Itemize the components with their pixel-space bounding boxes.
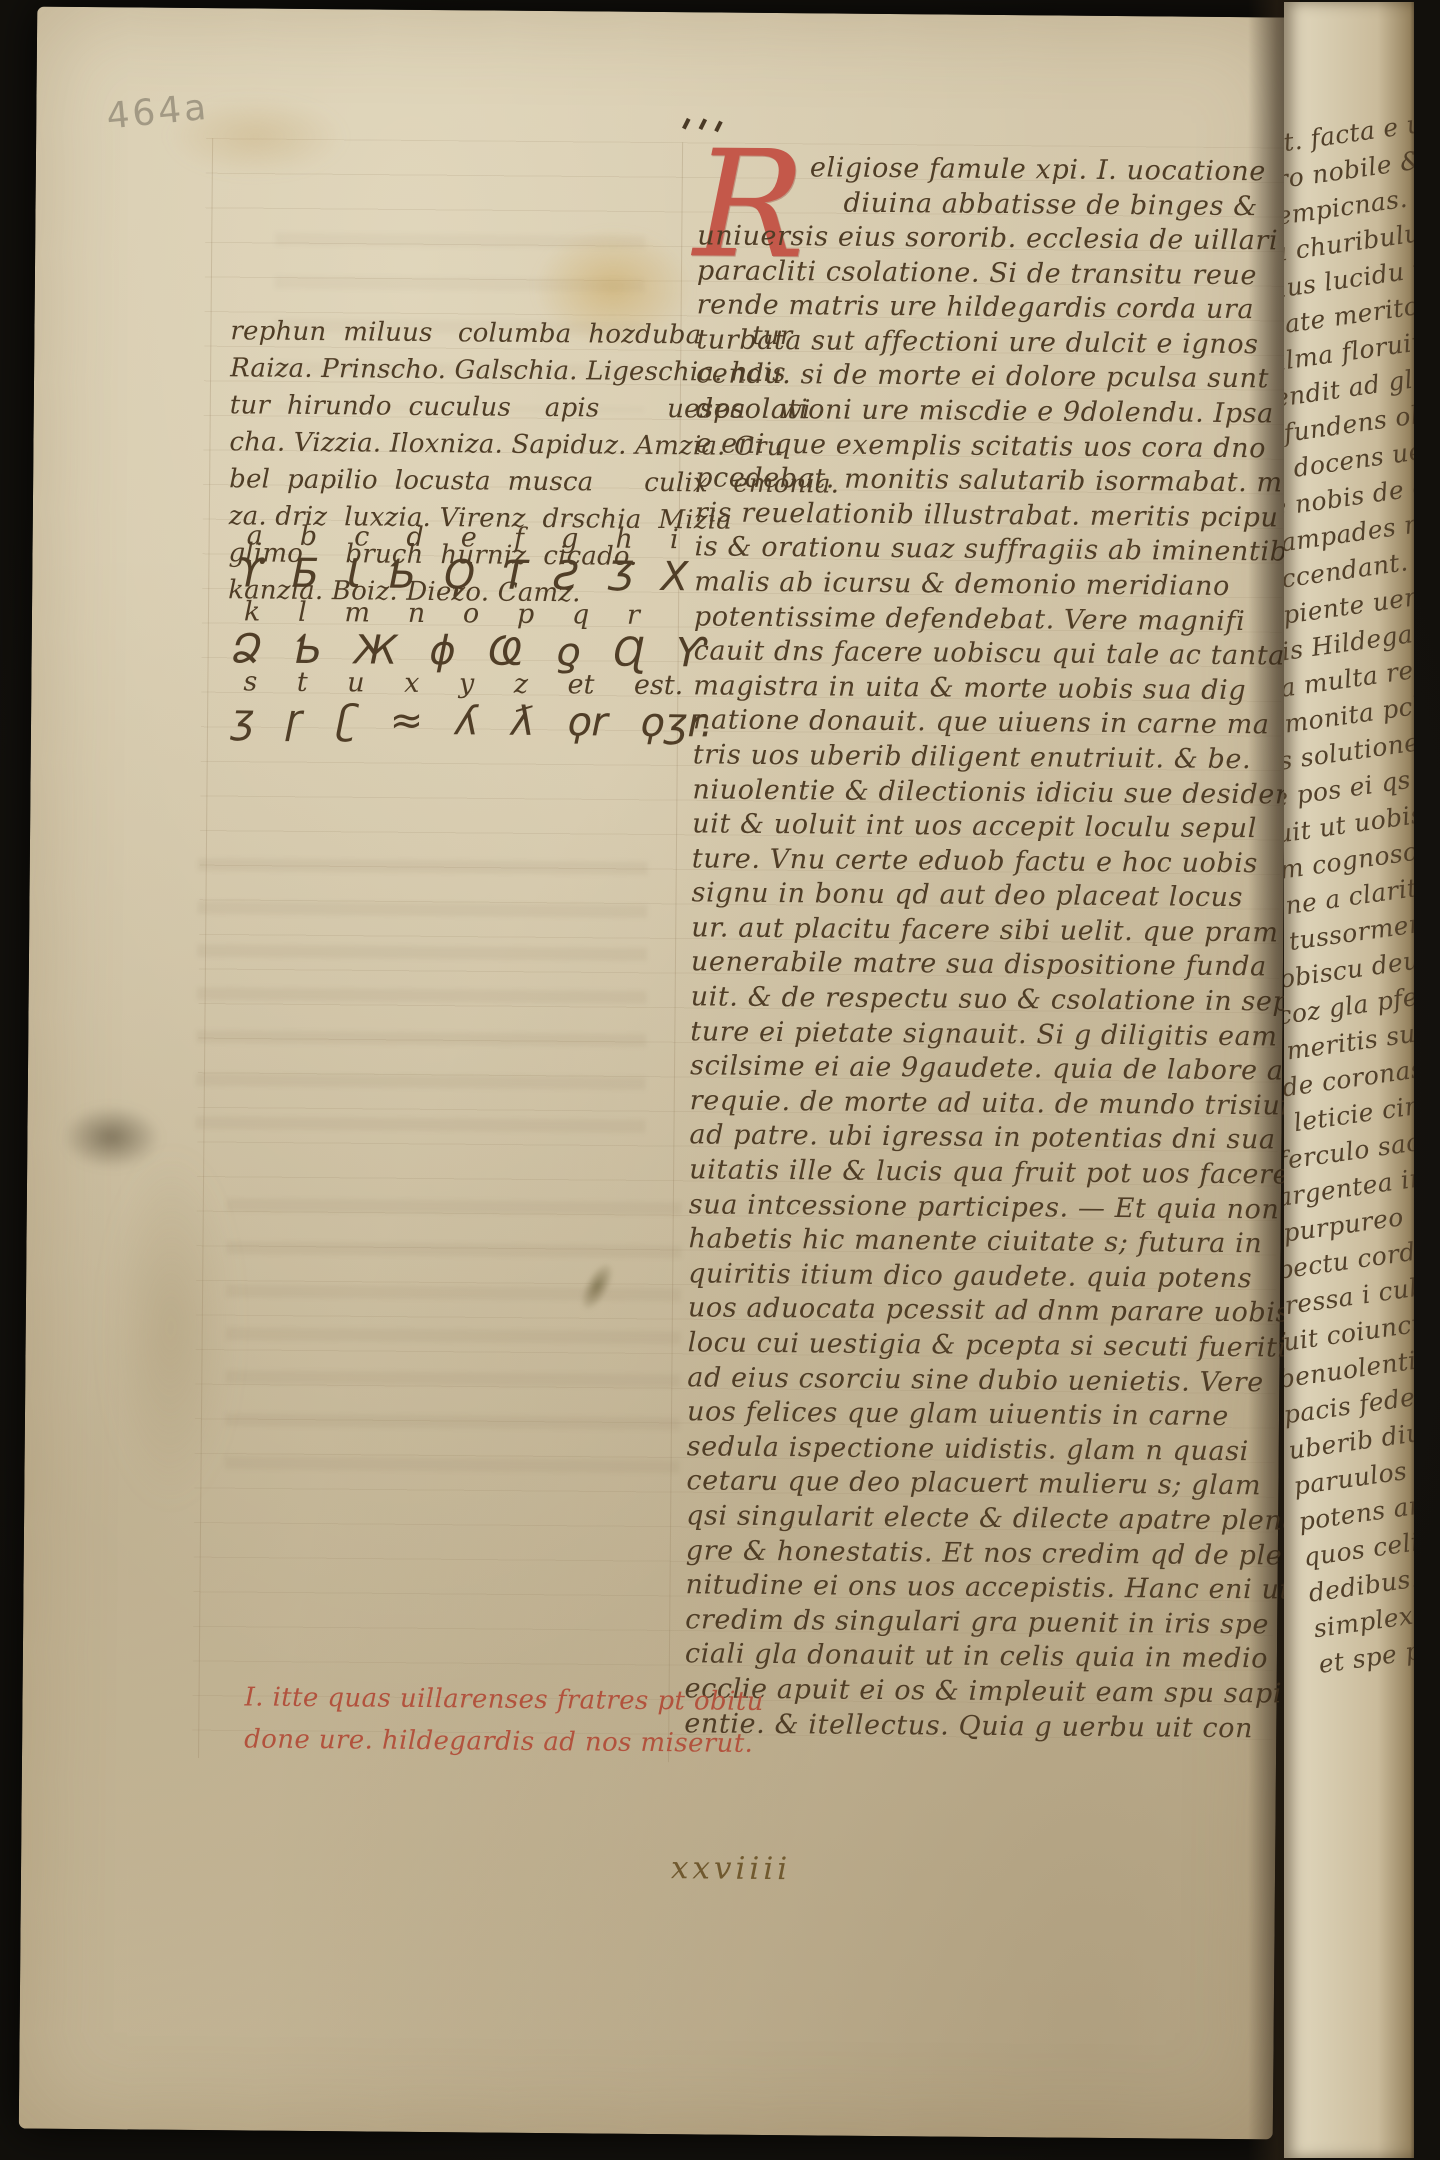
alphabet-label: s xyxy=(243,666,257,697)
text-line: ture ei pietate signauit. Si g diligitis… xyxy=(690,1015,1282,1055)
alphabet-label: y xyxy=(459,668,475,699)
next-page-edge: bat q portabat. facta e utlis grim q aur… xyxy=(1284,2,1414,2158)
main-text-column: uniuersis eius sororib. ecclesia de uill… xyxy=(684,219,1289,1746)
alphabet-label: l xyxy=(298,597,307,628)
text-line: tris uos uberib diligent enutriuit. & be… xyxy=(693,738,1285,778)
text-line: niuolentie & dilectionis idiciu sue desi… xyxy=(692,773,1284,813)
alphabet-label: u xyxy=(347,667,365,698)
text-line: entie. & itellectus. Quia g uerbu uit co… xyxy=(684,1707,1276,1747)
text-line: ecclie apuit ei os & impleuit eam spu sa… xyxy=(684,1672,1276,1712)
alphabet-label: et xyxy=(567,669,594,700)
text-line: malis ab icursu & demonio meridiano xyxy=(694,565,1286,605)
text-line: sua intcessione participes. — Et quia no… xyxy=(689,1188,1281,1228)
rubric: I. itte quas uillarenses fratres pt obit… xyxy=(244,1676,764,1765)
text-line: ur. aut placitu facere sibi uelit. que p… xyxy=(691,911,1283,951)
ink-flecks xyxy=(682,118,690,130)
text-line: uos aduocata pcessit ad dnm parare uobis xyxy=(688,1292,1280,1332)
text-line: ture. Vnu certe eduob factu e hoc uobis xyxy=(692,842,1284,882)
alphabet-glyph-row: ʒɼʗ≈ʎƛϙrϙʒr. xyxy=(231,696,713,746)
text-line: cauit dns facere uobiscu qui tale ac tan… xyxy=(694,634,1286,674)
text-line: uitatis ille & lucis qua fruit pot uos f… xyxy=(689,1153,1281,1193)
alphabet-label: k xyxy=(244,596,261,627)
alphabet-glyph: Ƅ xyxy=(388,552,416,598)
text-line: paracliti csolatione. Si de transitu reu… xyxy=(697,254,1289,294)
alphabet-label-row: klmnopqr xyxy=(244,596,640,630)
pencil-shelfmark: 464a xyxy=(105,87,211,138)
quire-number: xxviiii xyxy=(641,1850,821,1888)
text-line: e eni que exemplis scitatis uos cora dno xyxy=(695,427,1287,467)
text-line: diuina abbatisse de binges & xyxy=(809,186,1279,225)
text-line: uit. & de respectu suo & csolatione in s… xyxy=(691,980,1283,1020)
alphabet-label-row: abcdefghi xyxy=(247,520,679,555)
alphabet-label: z xyxy=(514,669,529,700)
text-line: potentissime defendebat. Vere magnifi xyxy=(694,600,1286,640)
alphabet-glyph: Ϙ xyxy=(443,552,475,598)
text-line: quiritis itium dico gaudete. quia potens xyxy=(688,1257,1280,1297)
manuscript-page: 464a rephun miluus columba hozduba turRa… xyxy=(19,7,1291,2140)
alphabet-glyph: X xyxy=(661,554,689,600)
next-page-text: bat q portabat. facta e utlis grim q aur… xyxy=(1284,69,1414,1683)
alphabet-label: g xyxy=(561,523,579,554)
text-line: requie. de morte ad uita. de mundo trisi… xyxy=(690,1084,1282,1124)
text-line: scilsime ei aie 9gaudete. quia de labore… xyxy=(690,1050,1282,1090)
text-line: pcedebat. monitis salutarib isormabat. m… xyxy=(695,461,1287,501)
text-line: uenerabile matre sua dispositione funda xyxy=(691,946,1283,986)
ink-smudge xyxy=(61,1105,162,1170)
text-line: ad eius csorciu sine dubio uenietis. Ver… xyxy=(687,1361,1279,1401)
text-line: natione donauit. que uiuens in carne ma xyxy=(693,704,1285,744)
text-line: desolationi ure miscdie e 9dolendu. Ipsa xyxy=(696,392,1288,432)
alphabet-glyph: ʎ xyxy=(455,698,479,744)
alphabet-label: t xyxy=(297,667,308,698)
alphabet-label: m xyxy=(344,597,370,628)
rubric-line: done ure. hildegardis ad nos miserut. xyxy=(244,1718,764,1765)
text-line: rende matris ure hildegardis corda ura xyxy=(697,289,1289,329)
alphabet-label: h xyxy=(615,524,633,555)
text-line: gre & honestatis. Et nos credim qd de pl… xyxy=(686,1534,1278,1574)
alphabet-label: x xyxy=(404,668,420,699)
alphabet-label: e xyxy=(461,522,477,553)
alphabet-glyph: ϙr xyxy=(567,699,608,745)
alphabet-label: b xyxy=(300,521,318,552)
text-line: turbata sut affectioni ure dulcit e igno… xyxy=(696,323,1288,363)
text-line: ciali gla donauit ut in celis quia in me… xyxy=(685,1638,1277,1678)
alphabet-glyph-row: ϒƂƖƄϘƬƧӠX xyxy=(236,550,688,600)
alphabet-glyph: Ɩ xyxy=(346,551,361,597)
alphabet-glyph: ʒ xyxy=(231,696,255,742)
text-line: qsi singularit electe & dilecte apatre p… xyxy=(686,1499,1278,1539)
text-line: cetaru que deo placuert mulieru s; glam xyxy=(686,1465,1278,1505)
rubric-line: I. itte quas uillarenses fratres pt obit… xyxy=(244,1676,764,1723)
alphabet-label: r xyxy=(627,600,640,631)
alphabet-glyph: ϒ xyxy=(236,550,264,596)
text-line: magistra in uita & morte uobis sua dig xyxy=(693,669,1285,709)
text-line: nitudine ei ons uos accepistis. Hanc eni… xyxy=(685,1568,1277,1608)
alphabet-label: i xyxy=(670,524,679,555)
main-text-opening: eligiose famule xpi. I. uocatione diuina… xyxy=(809,151,1280,224)
alphabet-label: n xyxy=(408,598,426,629)
alphabet-label: d xyxy=(406,522,424,553)
text-line: uniuersis eius sororib. ecclesia de uill… xyxy=(697,219,1289,259)
alphabet-label: c xyxy=(354,521,369,552)
alphabet-label: p xyxy=(517,599,535,630)
alphabet-glyph: Ӡ xyxy=(607,554,634,600)
alphabet-label: est. xyxy=(634,670,684,701)
manuscript-photo: 464a rephun miluus columba hozduba turRa… xyxy=(0,0,1440,2160)
text-line: credim ds singulari gra puenit in iris s… xyxy=(685,1603,1277,1643)
text-line: locu cui uestigia & pcepta si secuti fue… xyxy=(687,1326,1279,1366)
alphabet-label: f xyxy=(514,523,524,554)
text-line: cendu. si de morte ei dolore pculsa sunt xyxy=(696,358,1288,398)
alphabet-glyph: Ƨ xyxy=(554,553,580,599)
alphabet-label: a xyxy=(247,520,263,551)
alphabet-glyph: Ƃ xyxy=(292,551,320,597)
text-line: sedula ispectione uidistis. glam n quasi xyxy=(687,1430,1279,1470)
text-line: is & orationu suaz suffragiis ab iminent… xyxy=(694,531,1286,571)
alphabet-glyph: ≈ xyxy=(390,698,424,744)
text-line: ris reuelationib illustrabat. meritis pc… xyxy=(695,496,1287,536)
text-line: ad patre. ubi igressa in potentias dni s… xyxy=(689,1119,1281,1159)
alphabet-glyph: ʗ xyxy=(337,697,358,743)
text-line: habetis hic manente ciuitate s; futura i… xyxy=(688,1223,1280,1263)
alphabet-glyph: ɼ xyxy=(286,697,305,743)
text-line: uit & uoluit int uos accepit loculu sepu… xyxy=(692,807,1284,847)
alphabet-glyph: Ƭ xyxy=(502,553,527,599)
text-line: eligiose famule xpi. I. uocatione xyxy=(810,151,1280,190)
alphabet-label: o xyxy=(463,598,480,629)
alphabet-label: q xyxy=(572,599,590,630)
text-line: uos felices que glam uiuentis in carne xyxy=(687,1395,1279,1435)
alphabet-glyph: ƛ xyxy=(511,699,535,745)
text-line: signu in bonu qd aut deo placeat locus xyxy=(691,877,1283,917)
